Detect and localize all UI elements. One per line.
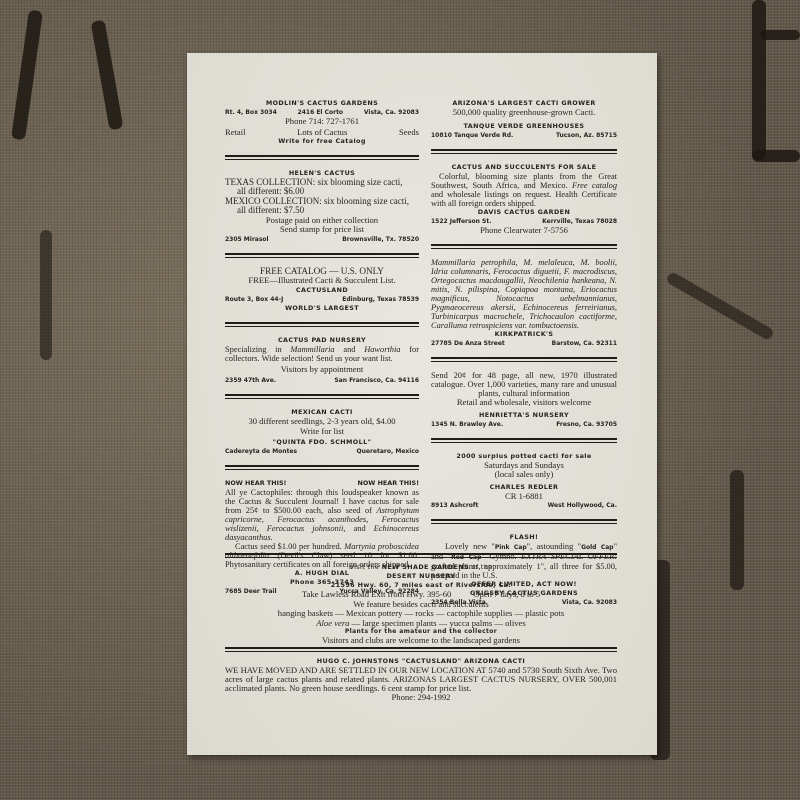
- section-divider: [225, 553, 617, 558]
- address-part: Route 3, Box 44-J: [225, 295, 283, 304]
- variety-name: Gold Cap: [581, 544, 614, 551]
- address-part: West Hollywood, Ca.: [548, 501, 617, 510]
- section-divider: [225, 155, 419, 160]
- ad-helens-cactus: HELEN'S CACTUS TEXAS COLLECTION: six blo…: [225, 169, 419, 247]
- ad-charles-redler: 2000 surplus potted cacti for sale Satur…: [431, 452, 617, 514]
- genus-name: Haworthia: [364, 345, 400, 354]
- ad-line: (local sales only): [431, 470, 617, 480]
- ad-body: Colorful, blooming size plants from the …: [431, 172, 617, 208]
- ad-name: HENRIETTA'S NURSERY: [431, 411, 617, 420]
- section-divider: [225, 322, 419, 327]
- ad-modlins-cactus-gardens: MODLIN'S CACTUS GARDENS Rt. 4, Box 3034 …: [225, 99, 419, 149]
- address-part: 8913 Ashcroft: [431, 501, 478, 510]
- ad-note: Visitors by appointment: [225, 365, 419, 375]
- address-part: Vista, Ca. 92083: [364, 108, 419, 117]
- ad-tanque-verde: ARIZONA'S LARGEST CACTI GROWER 500,000 q…: [431, 99, 617, 143]
- ad-heading: MODLIN'S CACTUS GARDENS: [225, 99, 419, 108]
- ad-phone: Phone 714: 727-1761: [225, 117, 419, 127]
- ad-desert-nursery: Visit the NEW SHADE GARDENS of the DESER…: [225, 563, 617, 646]
- address-part: Tucson, Az. 85715: [556, 131, 617, 140]
- ad-heading: CACTUS PAD NURSERY: [225, 336, 419, 345]
- address-part: Rt. 4, Box 3034: [225, 108, 277, 117]
- ad-henriettas-nursery: Send 20¢ for 48 page, all new, 1970 illu…: [431, 371, 617, 432]
- address-part: Brownsville, Tx. 78520: [342, 235, 419, 244]
- background-brush-stroke: [665, 271, 775, 341]
- ad-note: Send stamp for price list: [225, 225, 419, 235]
- species-list: Mammillaria petrophila, M. melaleuca, M.…: [431, 258, 617, 330]
- text: NEW SHADE GARDENS: [382, 563, 469, 571]
- background-brush-stroke: [11, 10, 43, 141]
- ad-name: TANQUE VERDE GREENHOUSES: [431, 122, 617, 131]
- ad-body: WE HAVE MOVED AND ARE SETTLED IN OUR NEW…: [225, 666, 617, 693]
- ad-header-row: NOW HEAR THIS! NOW HEAR THIS!: [225, 479, 419, 488]
- ad-body: Send 20¢ for 48 page, all new, 1970 illu…: [431, 371, 617, 398]
- address-part: 10810 Tanque Verde Rd.: [431, 131, 513, 140]
- ad-address: Route 3, Box 44-J Edinburg, Texas 78539: [225, 295, 419, 304]
- ad-address: 1345 N. Brawley Ave. Fresno, Ca. 93705: [431, 420, 617, 429]
- ad-heading: CACTUS AND SUCCULENTS FOR SALE: [431, 163, 617, 172]
- text: and wholesale listings on request. Healt…: [431, 190, 617, 208]
- ad-phone: Phone Clearwater 7-5756: [431, 226, 617, 236]
- ad-body: All ye Cactophiles: through this loudspe…: [225, 488, 419, 542]
- ad-phone: Phone: 294-1992: [225, 693, 617, 703]
- address-part: Queretaro, Mexico: [357, 447, 419, 456]
- ad-name: DAVIS CACTUS GARDEN: [431, 208, 617, 217]
- address-part: Barstow, Ca. 92311: [552, 339, 617, 348]
- ad-cactusland: FREE CATALOG — U.S. ONLY FREE—Illustrate…: [225, 267, 419, 316]
- variety-name: Pink Cap: [495, 544, 527, 551]
- ad-footer: Write for free Catalog: [225, 137, 419, 146]
- ad-cactus-pad-nursery: CACTUS PAD NURSERY Specializing in Mammi…: [225, 336, 419, 389]
- ad-body: Specializing in Mammillaria and Haworthi…: [225, 345, 419, 363]
- address-part: Fresno, Ca. 93705: [556, 420, 617, 429]
- section-divider: [431, 519, 617, 524]
- ad-address: 27785 De Anza Street Barstow, Ca. 92311: [431, 339, 617, 348]
- ad-line: Aloe vera — large specimen plants — yucc…: [225, 619, 617, 629]
- text-emphasis: Free catalog: [572, 181, 617, 190]
- section-divider: [431, 244, 617, 249]
- section-divider: [225, 253, 419, 258]
- texas-collection: TEXAS COLLECTION: six blooming size cact…: [225, 178, 419, 216]
- offer-item: Lots of Cactus: [297, 127, 347, 137]
- ad-phone: CR 1-6881: [431, 492, 617, 502]
- address-part: 2305 Mirasol: [225, 235, 269, 244]
- background-brush-stroke: [752, 150, 800, 162]
- left-column: MODLIN'S CACTUS GARDENS Rt. 4, Box 3034 …: [225, 99, 419, 599]
- text: Take Lawless Road Exit from Hwy. 395-60: [302, 589, 451, 599]
- ad-heading: Visit the NEW SHADE GARDENS of the: [225, 563, 617, 572]
- ad-address: 2359 47th Ave. San Francisco, Ca. 94116: [225, 376, 419, 385]
- ad-address: 2305 Mirasol Brownsville, Tx. 78520: [225, 235, 419, 244]
- text: Lovely new ": [445, 542, 495, 551]
- text: Open 7 days, 8 to 5: [473, 589, 540, 599]
- ad-line: Visitors and clubs are welcome to the la…: [225, 636, 617, 646]
- ad-address: Cadereyta de Montes Queretaro, Mexico: [225, 447, 419, 456]
- address-part: Edinburg, Texas 78539: [342, 295, 419, 304]
- text: Cactus seed $1.00 per hundred.: [235, 542, 344, 551]
- genus-name: Mammillaria: [290, 345, 334, 354]
- text: — large specimen plants — yucca palms — …: [349, 618, 525, 628]
- magazine-page: MODLIN'S CACTUS GARDENS Rt. 4, Box 3034 …: [187, 53, 657, 755]
- text: ", astounding ": [527, 542, 581, 551]
- background-brush-stroke: [752, 0, 766, 160]
- ad-address: 8913 Ashcroft West Hollywood, Ca.: [431, 501, 617, 510]
- species-names: Aloe vera: [316, 618, 349, 628]
- section-divider: [431, 357, 617, 362]
- text: and: [346, 524, 374, 533]
- background-brush-stroke: [760, 30, 800, 40]
- address-part: Cadereyta de Montes: [225, 447, 297, 456]
- address-part: 27785 De Anza Street: [431, 339, 505, 348]
- section-divider: [225, 647, 617, 652]
- ad-hugo-johnston-cactusland: HUGO C. JOHNSTONS "CACTUSLAND" ARIZONA C…: [225, 657, 617, 703]
- ad-line: 500,000 quality greenhouse-grown Cacti.: [431, 108, 617, 118]
- ad-address: 10810 Tanque Verde Rd. Tucson, Az. 85715: [431, 131, 617, 140]
- header-text: NOW HEAR THIS!: [225, 479, 286, 488]
- offer-item: Seeds: [399, 127, 419, 137]
- ad-name: DESERT NURSERY: [225, 572, 617, 581]
- header-text: NOW HEAR THIS!: [358, 479, 419, 488]
- ad-kirkpatricks: Mammillaria petrophila, M. melaleuca, M.…: [431, 258, 617, 351]
- ad-offer-row: Retail Lots of Cactus Seeds: [225, 127, 419, 137]
- right-column: ARIZONA'S LARGEST CACTI GROWER 500,000 q…: [431, 99, 617, 610]
- species-names: Mammillaria petrophila, M. melaleuca, M.…: [431, 258, 617, 330]
- address-part: 2359 47th Ave.: [225, 376, 276, 385]
- section-divider: [431, 149, 617, 154]
- address-part: 1345 N. Brawley Ave.: [431, 420, 503, 429]
- section-divider: [431, 438, 617, 443]
- background-brush-stroke: [40, 230, 52, 360]
- section-divider: [225, 394, 419, 399]
- address-part: San Francisco, Ca. 94116: [334, 376, 419, 385]
- background-brush-stroke: [91, 20, 124, 131]
- ad-footer: WORLD'S LARGEST: [225, 304, 419, 313]
- ad-line: FREE—Illustrated Cacti & Succulent List.: [225, 276, 419, 286]
- background-brush-stroke: [730, 470, 744, 590]
- ad-line: Retail and wholesale, visitors welcome: [431, 398, 617, 408]
- ad-name: KIRKPATRICK'S: [431, 330, 617, 339]
- offer-item: Retail: [225, 127, 246, 137]
- ad-heading: FLASH!: [431, 533, 617, 542]
- text: of the: [469, 563, 493, 571]
- text: and: [335, 345, 365, 354]
- ad-name: "QUINTA FDO. SCHMOLL": [225, 438, 419, 447]
- ad-mexican-cacti: MEXICAN CACTI 30 different seedlings, 2-…: [225, 408, 419, 459]
- ad-davis-cactus-garden: CACTUS AND SUCCULENTS FOR SALE Colorful,…: [431, 163, 617, 239]
- text: Specializing in: [225, 345, 290, 354]
- ad-line: Write for list: [225, 427, 419, 437]
- text: Visit the: [349, 563, 381, 571]
- ad-heading: CACTUSLAND: [225, 286, 419, 295]
- section-divider: [225, 465, 419, 470]
